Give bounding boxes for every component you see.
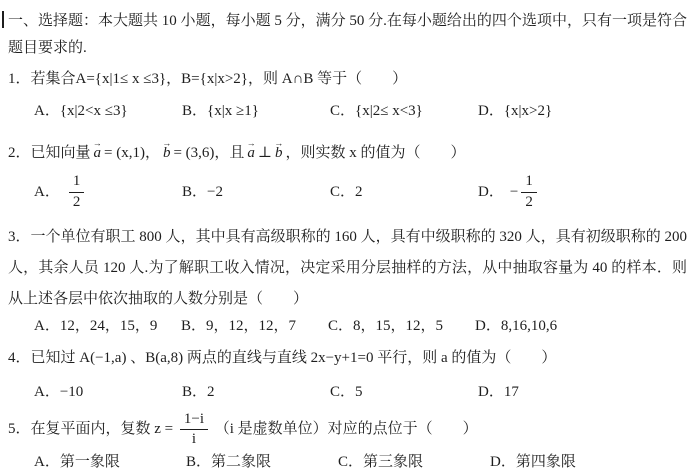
question-5-option-d: D．第四象限 bbox=[490, 451, 642, 472]
fraction: 1 2 bbox=[521, 173, 537, 211]
stem-text: 2．已知向量 bbox=[8, 145, 91, 161]
question-4-option-c: C．5 bbox=[330, 381, 478, 403]
vector-a: a bbox=[94, 142, 102, 164]
question-5-stem: 5．在复平面内，复数 z = 1−i i （i 是虚数单位）对应的点位于（ ） bbox=[8, 411, 687, 449]
minus-sign: − bbox=[510, 181, 518, 203]
question-3-option-b: B．9，12，12，7 bbox=[181, 315, 328, 337]
exam-page: 一、选择题：本大题共 10 小题，每小题 5 分，满分 50 分.在每小题给出的… bbox=[0, 0, 695, 472]
question-1: 1．若集合A={x|1≤ x ≤3}，B={x|x>2}，则 A∩B 等于（ ）… bbox=[8, 68, 687, 122]
stem-text: （i 是虚数单位）对应的点位于（ ） bbox=[215, 421, 478, 437]
fraction-denominator: 2 bbox=[521, 193, 537, 211]
question-5-option-a: A．第一象限 bbox=[34, 451, 186, 472]
question-1-option-d: D．{x|x>2} bbox=[478, 100, 552, 122]
fraction: 1 2 bbox=[69, 173, 85, 211]
option-label: A． bbox=[34, 181, 60, 203]
question-5-option-c: C．第三象限 bbox=[338, 451, 490, 472]
fraction-denominator: 2 bbox=[69, 193, 85, 211]
question-1-option-c: C．{x|2≤ x<3} bbox=[330, 100, 478, 122]
margin-cursor-mark bbox=[2, 11, 4, 28]
question-3: 3．一个单位有职工 800 人，其中具有高级职称的 160 人，具有中级职称的 … bbox=[8, 222, 687, 337]
question-1-stem: 1．若集合A={x|1≤ x ≤3}，B={x|x>2}，则 A∩B 等于（ ） bbox=[8, 68, 687, 90]
question-4-option-d: D．17 bbox=[478, 381, 519, 403]
perpendicular-symbol: ⊥ bbox=[258, 145, 272, 161]
fraction-numerator: 1−i bbox=[180, 411, 208, 430]
question-1-options: A．{x|2<x ≤3} B．{x|x ≥1} C．{x|2≤ x<3} D．{… bbox=[8, 100, 687, 122]
question-4-option-b: B．2 bbox=[182, 381, 330, 403]
vector-b: b bbox=[275, 142, 283, 164]
question-3-option-c: C．8，15，12，5 bbox=[328, 315, 475, 337]
stem-text: 5．在复平面内，复数 z = bbox=[8, 421, 173, 437]
vector-a: a bbox=[247, 142, 255, 164]
question-4-options: A．−10 B．2 C．5 D．17 bbox=[8, 381, 687, 403]
stem-text: = (3,6)，且 bbox=[173, 145, 244, 161]
question-4-option-a: A．−10 bbox=[34, 381, 182, 403]
question-2-option-a: A． 1 2 bbox=[34, 173, 182, 211]
question-2: 2．已知向量a= (x,1)，b= (3,6)，且a⊥b，则实数 x 的值为（ … bbox=[8, 138, 687, 212]
question-5-option-b: B．第二象限 bbox=[186, 451, 338, 472]
question-4: 4．已知过 A(−1,a) 、B(a,8) 两点的直线与直线 2x−y+1=0 … bbox=[8, 347, 687, 403]
question-3-stem: 3．一个单位有职工 800 人，其中具有高级职称的 160 人，具有中级职称的 … bbox=[8, 222, 687, 315]
question-1-option-a: A．{x|2<x ≤3} bbox=[34, 100, 182, 122]
section-header: 一、选择题：本大题共 10 小题，每小题 5 分，满分 50 分.在每小题给出的… bbox=[8, 8, 687, 62]
question-2-option-b: B．−2 bbox=[182, 181, 330, 203]
question-1-option-b: B．{x|x ≥1} bbox=[182, 100, 330, 122]
stem-text: = (x,1)， bbox=[104, 145, 160, 161]
question-3-option-a: A．12，24，15，9 bbox=[34, 315, 181, 337]
fraction-numerator: 1 bbox=[69, 173, 85, 192]
fraction: 1−i i bbox=[180, 411, 208, 449]
question-5-options: A．第一象限 B．第二象限 C．第三象限 D．第四象限 bbox=[8, 451, 687, 472]
fraction-denominator: i bbox=[180, 430, 208, 448]
question-2-option-d: D． − 1 2 bbox=[478, 173, 540, 211]
fraction-numerator: 1 bbox=[521, 173, 537, 192]
option-label: D． bbox=[478, 181, 504, 203]
question-5: 5．在复平面内，复数 z = 1−i i （i 是虚数单位）对应的点位于（ ） … bbox=[8, 411, 687, 472]
question-4-stem: 4．已知过 A(−1,a) 、B(a,8) 两点的直线与直线 2x−y+1=0 … bbox=[8, 347, 687, 369]
question-3-option-d: D．8,16,10,6 bbox=[475, 315, 622, 337]
question-2-stem: 2．已知向量a= (x,1)，b= (3,6)，且a⊥b，则实数 x 的值为（ … bbox=[8, 138, 687, 164]
question-2-options: A． 1 2 B．−2 C．2 D． − 1 2 bbox=[8, 172, 687, 212]
question-3-options: A．12，24，15，9 B．9，12，12，7 C．8，15，12，5 D．8… bbox=[8, 315, 687, 337]
vector-b: b bbox=[163, 142, 171, 164]
stem-text: ，则实数 x 的值为（ ） bbox=[286, 145, 466, 161]
question-2-option-c: C．2 bbox=[330, 181, 478, 203]
